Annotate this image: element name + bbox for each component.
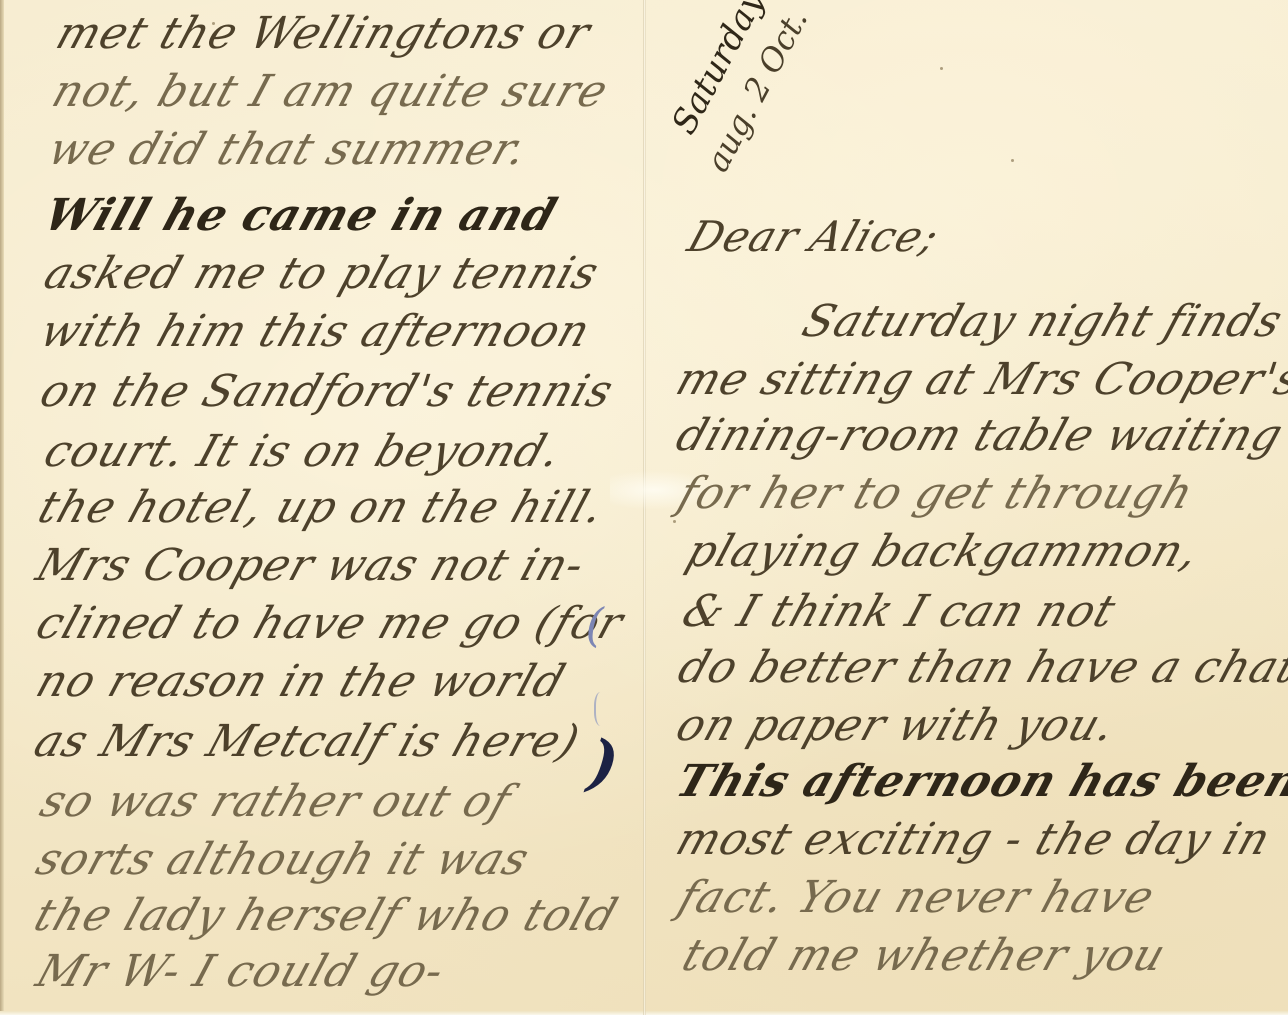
letter-line: Mrs Cooper was not in- xyxy=(30,540,591,591)
paper-speck xyxy=(940,67,943,70)
letter-line: Saturday night finds xyxy=(796,296,1288,347)
letter-line: so was rather out of xyxy=(34,776,518,827)
letter-line: sorts although it was xyxy=(30,834,536,885)
paper-speck xyxy=(1011,159,1014,162)
dateline: Saturday aug. 2 Oct. '' xyxy=(664,10,794,170)
letter-line: not, but I am quite sure xyxy=(46,66,615,117)
letter-line: told me whether you xyxy=(676,930,1173,981)
letter-line: Will he came in and xyxy=(38,190,563,241)
letter-line: fact. You never have xyxy=(672,872,1161,923)
pencil-squiggle-mark xyxy=(594,692,610,726)
letter-line: court. It is on beyond. xyxy=(38,426,568,477)
letter-line: the lady herself who told xyxy=(28,890,624,941)
letter-line: on paper with you. xyxy=(670,700,1122,751)
letter-line: playing backgammon, xyxy=(680,526,1206,577)
letter-line: the hotel, up on the hill. xyxy=(32,482,611,533)
paper-speck xyxy=(673,520,676,523)
letter-line: no reason in the world xyxy=(30,656,572,707)
letter-line: clined to have me go (for xyxy=(30,598,630,649)
letter-line: This afternoon has been xyxy=(670,756,1288,807)
letter-line: we did that summer. xyxy=(42,124,534,175)
letter-line: with him this afternoon xyxy=(34,306,597,357)
right-page: Saturday aug. 2 Oct. '' Dear Alice; Satu… xyxy=(646,0,1288,1015)
letter-line: & I think I can not xyxy=(676,586,1122,637)
paper-speck xyxy=(212,22,215,25)
letter-line: dining-room table waiting xyxy=(670,410,1288,461)
letter-line: Mr W- I could go- xyxy=(30,946,451,997)
letter-line: asked me to play tennis xyxy=(38,248,606,299)
letter-line: on the Sandford's tennis xyxy=(34,366,620,417)
letter-line: for her to get through xyxy=(672,468,1200,519)
letter-line: do better than have a chat xyxy=(672,642,1288,693)
letter-line: most exciting - the day in xyxy=(670,814,1277,865)
ink-close-bracket: ) xyxy=(579,728,630,798)
left-page: met the Wellingtons or not, but I am qui… xyxy=(0,0,643,1015)
salutation: Dear Alice; xyxy=(682,212,946,261)
letter-scan: met the Wellingtons or not, but I am qui… xyxy=(0,0,1288,1015)
letter-line: me sitting at Mrs Cooper's xyxy=(670,354,1288,405)
letter-line: as Mrs Metcalf is here) xyxy=(28,716,586,767)
letter-line: met the Wellingtons or xyxy=(50,8,597,59)
